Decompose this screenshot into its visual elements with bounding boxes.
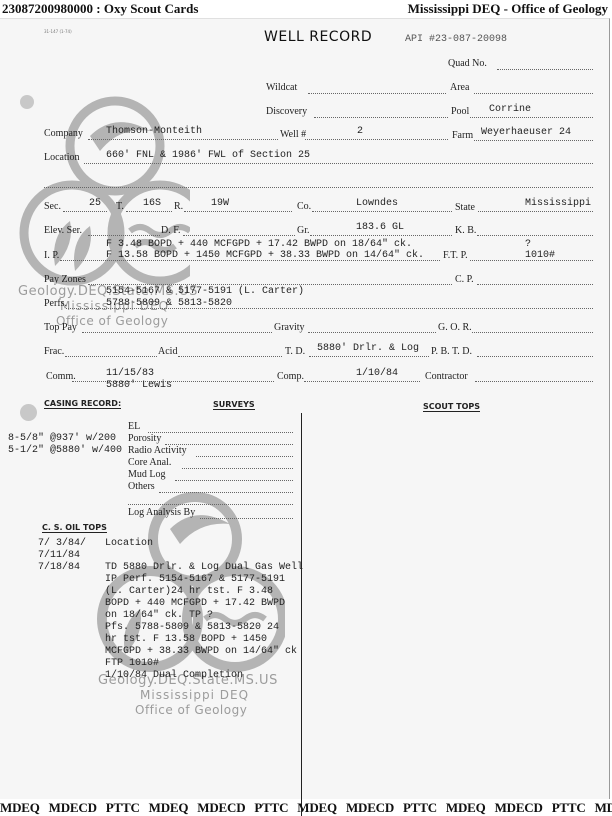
watermark-office-2: Office of Geology: [135, 703, 247, 717]
df-label: D. F.: [161, 225, 180, 236]
well-record-title: WELL RECORD: [264, 29, 372, 45]
comm-field: [72, 381, 274, 382]
comp-value: 1/10/84: [356, 368, 398, 379]
footer-item: MDECD: [49, 800, 97, 816]
survey-item-porosity: Porosity: [128, 433, 161, 444]
footer-item: MDEQ: [0, 800, 40, 816]
pay-zones-label: Pay Zones: [44, 274, 86, 285]
oil-tops-text-1: Location: [105, 538, 153, 549]
ip-value-line2: F 13.58 BOPD + 1450 MCFGPD + 38.33 BWPD …: [106, 250, 424, 261]
farm-value: Weyerhaeuser 24: [481, 127, 571, 138]
footer-item: MDEQ: [149, 800, 189, 816]
oil-tops-text-3: TD 5880 Drlr. & Log Dual Gas Well: [105, 562, 303, 573]
gr-label: Gr.: [297, 225, 310, 236]
state-label: State: [455, 202, 475, 213]
company-label: Company: [44, 128, 83, 139]
form-number: 31-147 (1-74): [44, 29, 72, 34]
contractor-field: [475, 381, 593, 382]
pool-label: Pool: [451, 106, 469, 117]
location-value: 660' FNL & 1986' FWL of Section 25: [106, 150, 310, 161]
ip-value-line1: F 3.48 BOPD + 440 MCFGPD + 17.42 BWPD on…: [106, 239, 412, 250]
county-value: Lowndes: [356, 198, 398, 209]
township-field: [126, 211, 172, 212]
quad-no-label: Quad No.: [448, 58, 487, 69]
survey-field-el: [148, 432, 293, 433]
state-field: [478, 211, 593, 212]
cs-oil-tops-heading: C. S. OIL TOPS: [42, 523, 107, 533]
range-label: R.: [174, 201, 183, 212]
pbtd-field: [477, 356, 593, 357]
footer-item: MDEQ: [446, 800, 486, 816]
area-field: [474, 93, 593, 94]
td-value: 5880' Drlr. & Log: [317, 343, 419, 354]
area-label: Area: [450, 82, 469, 93]
sec-value: 25: [89, 198, 101, 209]
gr-field: [310, 235, 452, 236]
location-field-line2: [44, 187, 593, 188]
oil-tops-remark-3: BOPD + 440 MCFGPD + 17.42 BWPD: [105, 598, 285, 609]
footer-item: MDECD: [346, 800, 394, 816]
wildcat-label: Wildcat: [266, 82, 297, 93]
perfs-value-line2: 5788-5809 & 5813-5820: [106, 298, 232, 309]
survey-field-mud-log: [175, 480, 293, 481]
range-field: [184, 211, 292, 212]
ip-label: I. P.: [44, 250, 59, 261]
survey-item-log-analysis-by: Log Analysis By: [128, 507, 195, 518]
survey-field-others: [159, 492, 293, 493]
state-value: Mississippi: [525, 198, 591, 209]
company-field: [88, 139, 278, 140]
quad-no-field: [497, 69, 593, 70]
footer-item: PTTC: [254, 800, 288, 816]
ftp-value-line1: ?: [525, 239, 531, 250]
county-field: [312, 211, 452, 212]
oil-tops-remark-1: IP Perf. 5154-5167 & 5177-5191: [105, 574, 285, 585]
pool-field: [470, 117, 593, 118]
mdeq-logo-watermark-icon: [10, 91, 190, 301]
footer-item: PTTC: [552, 800, 586, 816]
gor-field: [472, 332, 593, 333]
gravity-label: Gravity: [274, 322, 305, 333]
footer-item: PTTC: [403, 800, 437, 816]
ftp-value-line2: 1010#: [525, 250, 555, 261]
well-record-card: Geology.DEQ.State.MS.US Mississippi DEQ …: [0, 18, 610, 799]
acid-label: Acid: [158, 346, 177, 357]
oil-tops-remark-5: Pfs. 5788-5809 & 5813-5820 24: [105, 622, 279, 633]
punch-hole-middle: [20, 404, 37, 421]
oil-tops-date-2: 7/11/84: [38, 550, 80, 561]
comm-value: 11/15/83: [106, 368, 154, 379]
oil-tops-remark-4: on 18/64" ck. TP ?: [105, 610, 213, 621]
casing-record-heading: CASING RECORD:: [44, 399, 121, 409]
comp-label: Comp.: [277, 371, 304, 382]
record-id-title: 23087200980000 : Oxy Scout Cards: [2, 1, 198, 17]
survey-item-mud-log: Mud Log: [128, 469, 166, 480]
kb-label: K. B.: [455, 225, 476, 236]
comp-field: [304, 381, 420, 382]
footer-item: MDEQ: [297, 800, 337, 816]
oil-tops-remark-8: FTP 1010#: [105, 658, 159, 669]
survey-item-radio-activity: Radio Activity: [128, 445, 187, 456]
survey-field-core-anal: [182, 468, 293, 469]
company-value: Thomson-Monteith: [106, 126, 202, 137]
footer-item: PTTC: [106, 800, 140, 816]
elev-ser-label: Elev. Ser.: [44, 225, 82, 236]
oil-tops-date-3: 7/18/84: [38, 562, 80, 573]
top-pay-field: [82, 332, 272, 333]
perfs-label: Perfs.: [44, 298, 67, 309]
acid-field: [178, 356, 282, 357]
perfs-value-line1: 5154-5167 & 5177-5191 (L. Carter): [106, 286, 304, 297]
gor-label: G. O. R.: [438, 322, 472, 333]
footer-item: MDECD: [495, 800, 543, 816]
page-header: 23087200980000 : Oxy Scout Cards Mississ…: [0, 0, 612, 18]
api-number: API #23-087-20098: [405, 34, 507, 45]
top-pay-label: Top Pay: [44, 322, 77, 333]
td-field: [309, 356, 429, 357]
survey-field-log-analysis-by: [200, 518, 293, 519]
discovery-label: Discovery: [266, 106, 307, 117]
sec-label: Sec.: [44, 201, 61, 212]
scout-tops-heading: SCOUT TOPS: [423, 402, 480, 412]
kb-field: [477, 235, 593, 236]
oil-tops-remark-9: 1/10/84 Dual Completion: [105, 670, 243, 681]
cp-label: C. P.: [455, 274, 474, 285]
farm-field: [474, 140, 593, 141]
casing-line-2: 5-1/2" @5880' w/400: [8, 445, 122, 456]
casing-line-1: 8-5/8" @937' w/200: [8, 433, 116, 444]
discovery-field: [314, 117, 448, 118]
cp-field: [477, 284, 593, 285]
range-value: 19W: [211, 198, 229, 209]
pbtd-label: P. B. T. D.: [431, 346, 472, 357]
punch-hole-top: [20, 95, 34, 109]
comm-sub-value: 5880' Lewis: [106, 380, 172, 391]
ftp-label: F.T. P.: [443, 250, 468, 261]
wildcat-field: [308, 93, 446, 94]
surveys-heading: SURVEYS: [213, 400, 255, 410]
footer-agencies: MDEQMDECDPTTCMDEQMDECDPTTCMDEQMDECDPTTCM…: [0, 800, 612, 816]
contractor-label: Contractor: [425, 371, 468, 382]
df-field: [183, 235, 295, 236]
location-field: [84, 163, 593, 164]
gr-value: 183.6 GL: [356, 222, 404, 233]
column-divider: [301, 413, 302, 816]
oil-tops-remark-6: hr tst. F 13.58 BOPD + 1450: [105, 634, 267, 645]
survey-field-radio-activity: [196, 456, 293, 457]
pay-zones-field: [88, 284, 452, 285]
farm-label: Farm: [452, 130, 473, 141]
location-label: Location: [44, 152, 80, 163]
oil-tops-remark-2: (L. Carter)24 hr tst. F 3.48: [105, 586, 273, 597]
oil-tops-remark-7: MCFGPD + 38.33 BWPD on 14/64" ck: [105, 646, 297, 657]
well-no-value: 2: [357, 126, 363, 137]
township-label: T.: [116, 201, 124, 212]
pool-value: Corrine: [489, 104, 531, 115]
footer-item: MDEQ: [595, 800, 612, 816]
well-no-field: [305, 139, 448, 140]
gravity-field: [308, 332, 436, 333]
frac-label: Frac.: [44, 346, 64, 357]
survey-item-el: EL: [128, 421, 140, 432]
oil-tops-date-1: 7/ 3/84/: [38, 538, 86, 549]
survey-item-core-anal: Core Anal.: [128, 457, 171, 468]
footer-item: MDECD: [197, 800, 245, 816]
well-no-label: Well #: [280, 129, 306, 140]
sec-field: [63, 211, 107, 212]
township-value: 16S: [143, 198, 161, 209]
elev-ser-field: [88, 235, 160, 236]
county-label: Co.: [297, 201, 311, 212]
watermark-agency-2: Mississippi DEQ: [140, 688, 249, 702]
survey-item-others: Others: [128, 481, 155, 492]
agency-title: Mississippi DEQ - Office of Geology: [408, 1, 608, 17]
frac-field: [65, 356, 157, 357]
survey-field-blank: [128, 504, 293, 505]
td-label: T. D.: [285, 346, 305, 357]
